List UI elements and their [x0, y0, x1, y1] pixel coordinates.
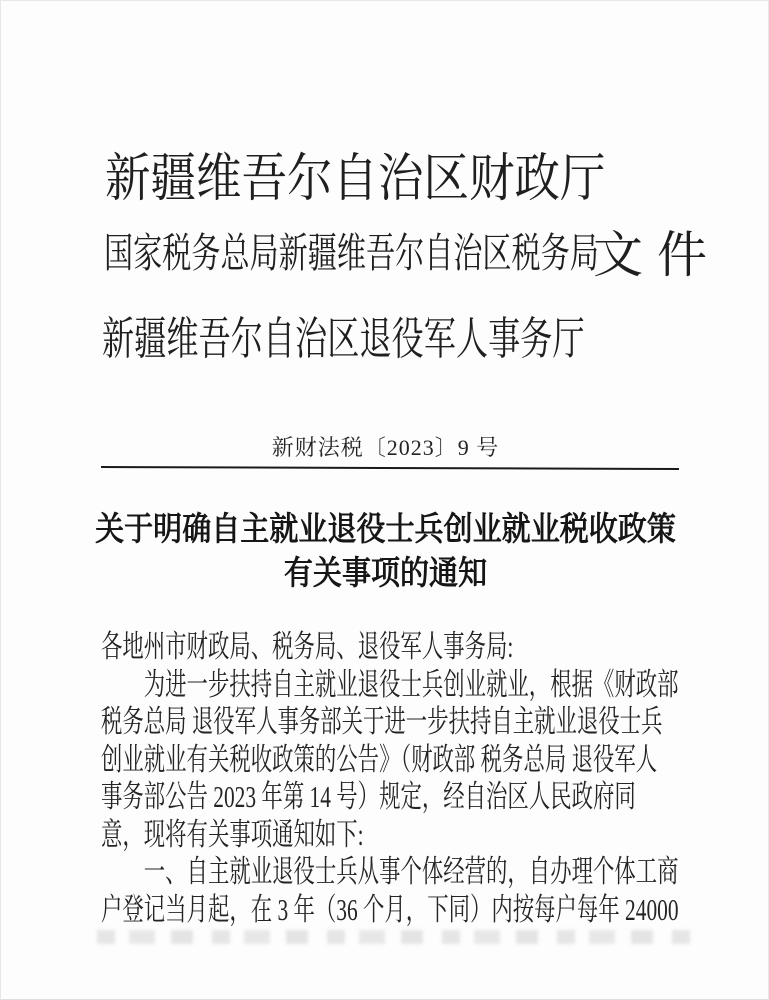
document-title: 关于明确自主就业退役士兵创业就业税收政策 有关事项的通知: [47, 508, 724, 596]
body-line: 事务部公告 2023 年第 14 号）规定，经自治区人民政府同: [101, 778, 722, 816]
body-line: 为进一步扶持自主就业退役士兵创业就业，根据《财政部: [101, 666, 722, 704]
bleed-through-ghost-text: [97, 930, 699, 944]
letterhead-agency-1: 新疆维吾尔自治区财政厅: [105, 149, 606, 211]
letterhead-document-label: 文件: [593, 227, 721, 285]
document-title-line-2: 有关事项的通知: [47, 552, 724, 596]
body-line: 一、自主就业退役士兵从事个体经营的，自办理个体工商: [101, 853, 722, 891]
body-line: 税务总局 退役军人事务部关于进一步扶持自主就业退役士兵: [101, 703, 722, 741]
body-line: 创业就业有关税收政策的公告》（财政部 税务总局 退役军人: [101, 741, 722, 779]
document-title-line-1: 关于明确自主就业退役士兵创业就业税收政策: [47, 508, 724, 552]
document-body: 各地州市财政局、税务局、退役军人事务局: 为进一步扶持自主就业退役士兵创业就业，…: [101, 628, 722, 928]
letterhead-agency-2: 国家税务总局新疆维吾尔自治区税务局: [104, 230, 599, 277]
document-reference-number: 新财法税〔2023〕9 号: [1, 431, 769, 462]
letterhead-separator-rule: [101, 466, 679, 470]
scanned-document-page: 新疆维吾尔自治区财政厅 国家税务总局新疆维吾尔自治区税务局 文件 新疆维吾尔自治…: [0, 0, 769, 1000]
body-salutation: 各地州市财政局、税务局、退役军人事务局:: [101, 628, 722, 666]
letterhead-agency-3: 新疆维吾尔自治区退役军人事务厅: [102, 312, 585, 366]
body-line: 户登记当月起，在 3 年（36 个月，下同）内按每户每年 24000: [101, 891, 722, 929]
body-line: 意，现将有关事项通知如下:: [101, 816, 722, 854]
